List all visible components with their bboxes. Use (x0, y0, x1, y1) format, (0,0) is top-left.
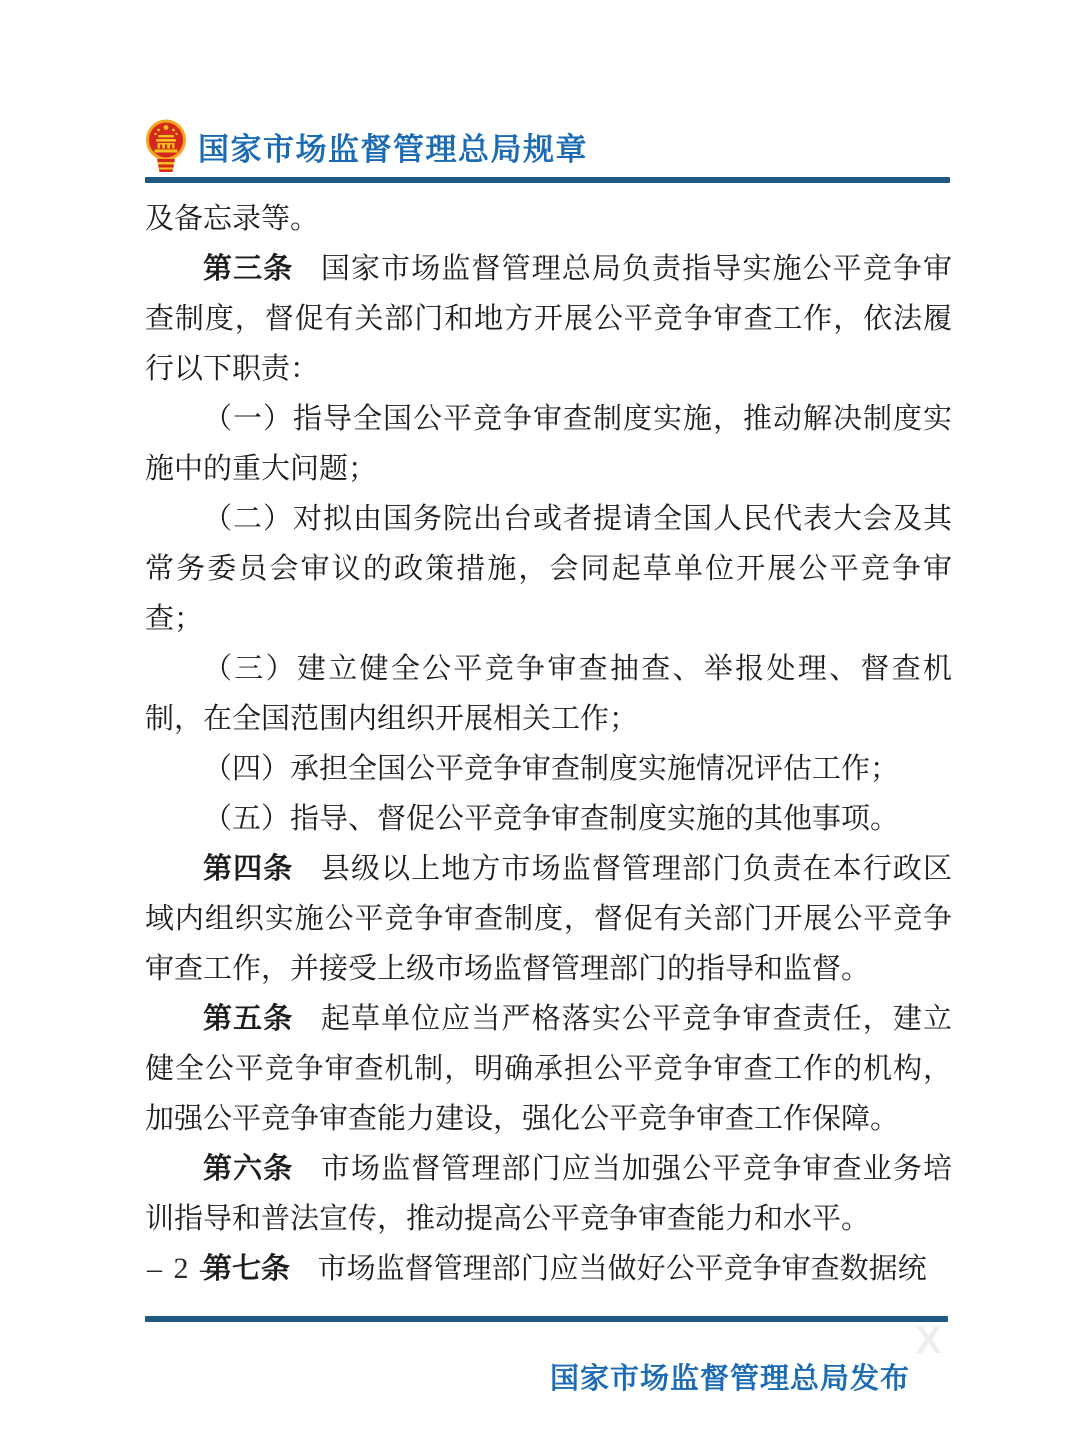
article-number: 第三条 (203, 253, 293, 285)
article-number: 第六条 (203, 1153, 293, 1185)
body-paragraph: （四）承担全国公平竞争审查制度实施情况评估工作； (145, 744, 952, 794)
article-number: 第五条 (203, 1003, 293, 1035)
body-paragraph: （一）指导全国公平竞争审查制度实施，推动解决制度实施中的重大问题； (145, 394, 952, 494)
page-number: – 2 – (147, 1252, 217, 1286)
document-page: 国家市场监督管理总局规章 及备忘录等。第三条国家市场监督管理总局负责指导实施公平… (0, 0, 1080, 1446)
body-paragraph: （五）指导、督促公平竞争审查制度实施的其他事项。 (145, 794, 952, 844)
body-paragraph: 第三条国家市场监督管理总局负责指导实施公平竞争审查制度，督促有关部门和地方开展公… (145, 244, 952, 394)
body-paragraph: 第七条市场监督管理部门应当做好公平竞争审查数据统 (145, 1244, 952, 1294)
body-paragraph: 及备忘录等。 (145, 194, 952, 244)
page-header: 国家市场监督管理总局规章 (145, 116, 588, 176)
footer-divider (145, 1316, 948, 1322)
publisher-label: 国家市场监督管理总局发布 (550, 1356, 910, 1397)
article-number: 第四条 (203, 853, 293, 885)
header-divider (145, 177, 950, 183)
body-paragraph: （三）建立健全公平竞争审查抽查、举报处理、督查机制，在全国范围内组织开展相关工作… (145, 644, 952, 744)
body-paragraph: 第五条起草单位应当严格落实公平竞争审查责任，建立健全公平竞争审查机制，明确承担公… (145, 994, 952, 1144)
document-body: 及备忘录等。第三条国家市场监督管理总局负责指导实施公平竞争审查制度，督促有关部门… (145, 194, 952, 1294)
body-paragraph: 第四条县级以上地方市场监督管理部门负责在本行政区域内组织实施公平竞争审查制度，督… (145, 844, 952, 994)
body-paragraph: 第六条市场监督管理部门应当加强公平竞争审查业务培训指导和普法宣传，推动提高公平竞… (145, 1144, 952, 1244)
body-paragraph: （二）对拟由国务院出台或者提请全国人民代表大会及其常务委员会审议的政策措施，会同… (145, 494, 952, 644)
header-title: 国家市场监督管理总局规章 (198, 124, 588, 169)
watermark-x: X (916, 1320, 941, 1363)
national-emblem-icon (145, 118, 187, 174)
